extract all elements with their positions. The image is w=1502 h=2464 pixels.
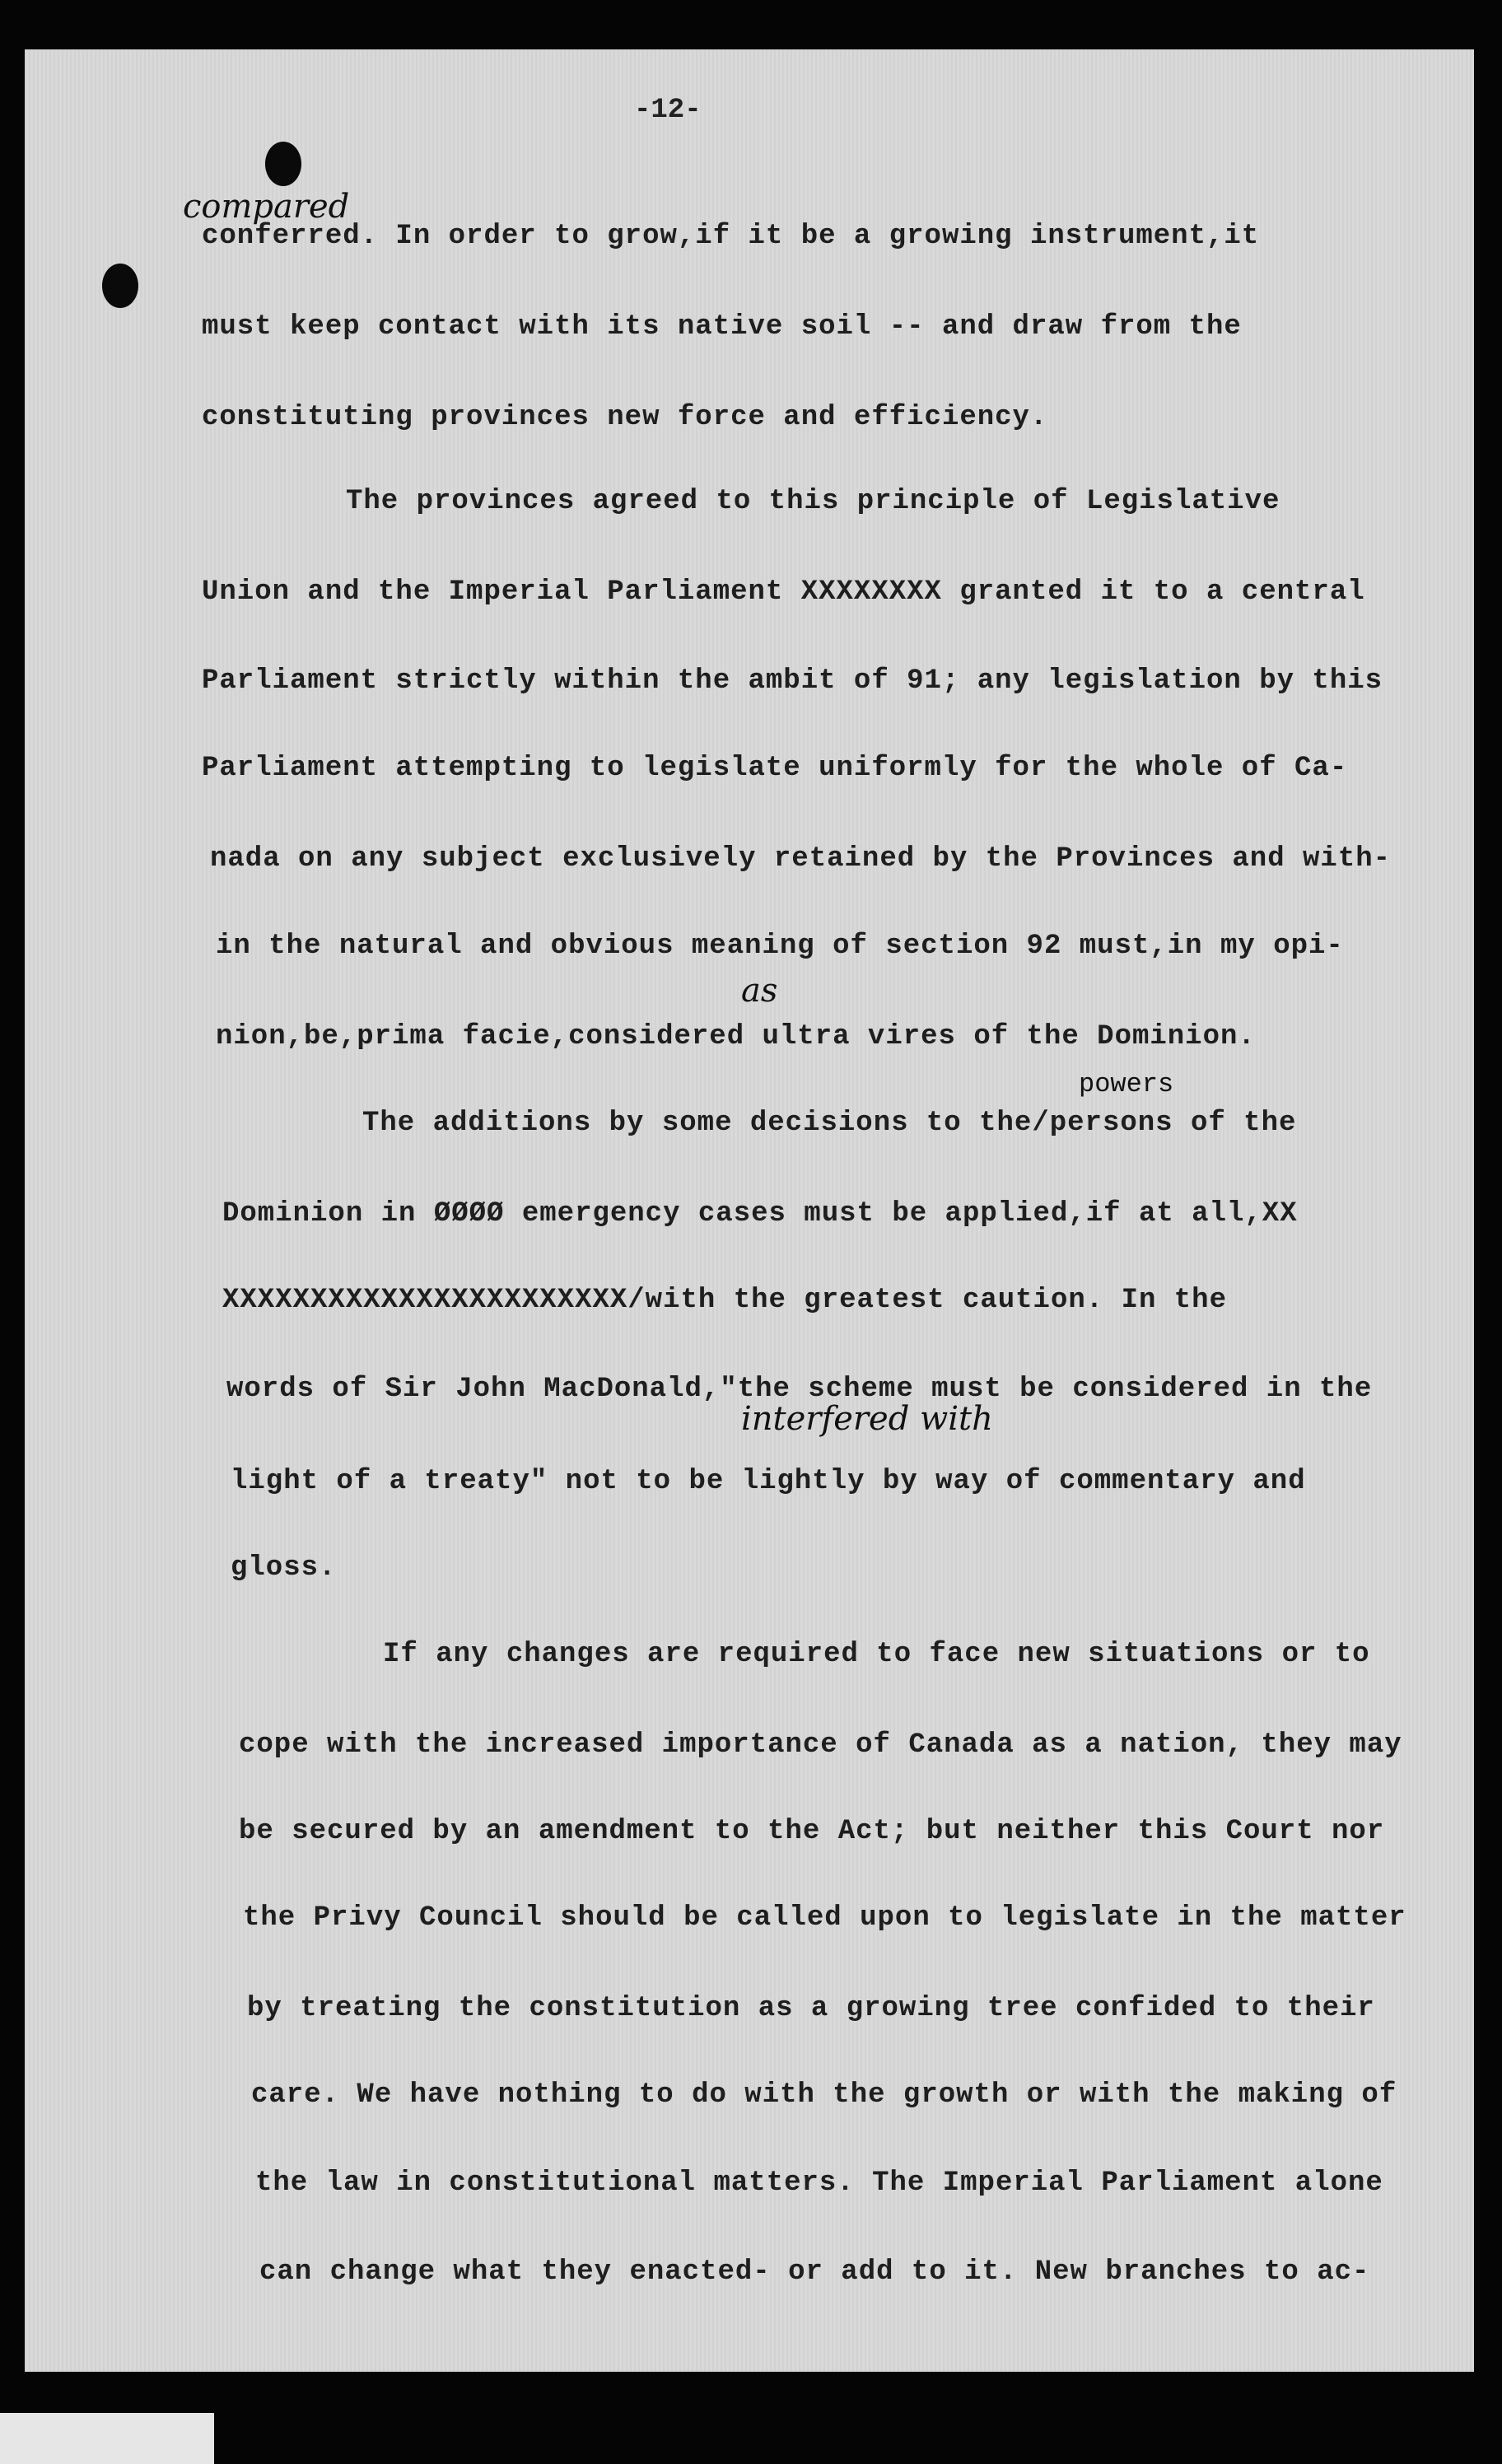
text-line: be secured by an amendment to the Act; b… xyxy=(239,1816,1384,1847)
text-line: Parliament strictly within the ambit of … xyxy=(202,665,1383,697)
page-number: -12- xyxy=(634,95,702,126)
text-line: by treating the constitution as a growin… xyxy=(247,1993,1375,2024)
text-line: Parliament attempting to legislate unifo… xyxy=(202,753,1347,784)
text-line: the Privy Council should be called upon … xyxy=(243,1902,1406,1934)
text-line: The additions by some decisions to the/p… xyxy=(362,1108,1296,1139)
handwritten-as: as xyxy=(741,972,777,1010)
typed-insert-powers: powers xyxy=(1079,1069,1173,1099)
text-line: must keep contact with its native soil -… xyxy=(202,311,1242,343)
text-line: can change what they enacted- or add to … xyxy=(259,2256,1369,2288)
punch-hole xyxy=(102,264,138,308)
text-line: Dominion in ØØØØ emergency cases must be… xyxy=(222,1198,1298,1230)
text-line: The provinces agreed to this principle o… xyxy=(346,486,1280,517)
punch-hole xyxy=(265,142,301,186)
text-line: cope with the increased importance of Ca… xyxy=(239,1729,1402,1761)
text-line: constituting provinces new force and eff… xyxy=(202,402,1047,433)
text-line: in the natural and obvious meaning of se… xyxy=(216,931,1344,962)
text-line: nada on any subject exclusively retained… xyxy=(210,843,1391,875)
text-line: nion,be,prima facie,considered ultra vir… xyxy=(216,1021,1256,1052)
text-line: light of a treaty" not to be lightly by … xyxy=(231,1466,1306,1497)
handwritten-interfered-with: interfered with xyxy=(741,1400,993,1438)
text-line: conferred. In order to grow,if it be a g… xyxy=(202,221,1259,252)
text-line: Union and the Imperial Parliament XXXXXX… xyxy=(202,576,1365,608)
film-corner-marker xyxy=(0,2413,214,2464)
text-line: XXXXXXXXXXXXXXXXXXXXXXX/with the greates… xyxy=(222,1285,1227,1316)
text-line: gloss. xyxy=(231,1552,336,1584)
text-line: If any changes are required to face new … xyxy=(383,1639,1370,1670)
text-line: words of Sir John MacDonald,"the scheme … xyxy=(226,1374,1372,1405)
text-line: care. We have nothing to do with the gro… xyxy=(251,2079,1397,2111)
text-line: the law in constitutional matters. The I… xyxy=(255,2168,1383,2199)
